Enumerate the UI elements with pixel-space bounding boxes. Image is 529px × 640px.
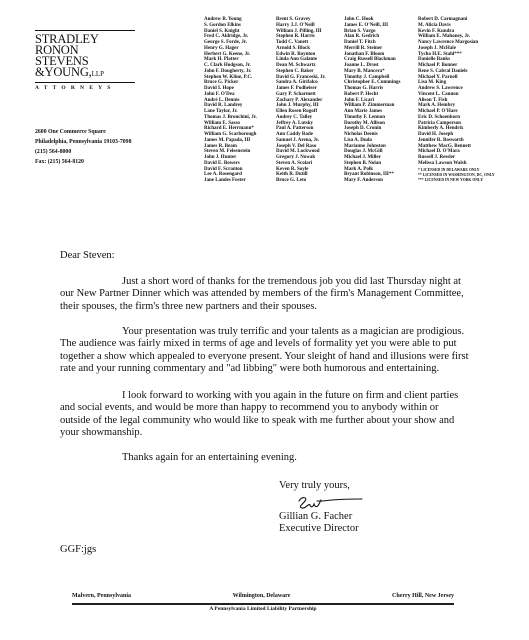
paragraph-text: Your presentation was truly terrific and…: [60, 326, 469, 374]
list-item: Mary F. Anderson: [344, 178, 400, 184]
footer-offices: Malvern, Pennsylvania Wilmington, Delawa…: [72, 593, 454, 599]
list-item: James M. Papada, III: [204, 138, 257, 144]
address-line: 2600 One Commerce Square: [35, 127, 131, 137]
salutation: Dear Steven:: [60, 250, 115, 261]
office-malvern: Malvern, Pennsylvania: [72, 593, 131, 599]
phone-number: (215) 564-8000: [35, 147, 131, 157]
firm-address: 2600 One Commerce Square Philadelphia, P…: [35, 127, 131, 167]
office-wilmington: Wilmington, Delaware: [233, 593, 291, 599]
list-item: Melissa Lawson Walsh: [418, 161, 478, 167]
firm-suffix: LLP: [92, 70, 104, 78]
list-item: Bruce G. Leto: [276, 178, 326, 184]
paragraph-2: Your presentation was truly terrific and…: [60, 326, 470, 375]
signer-block: Gillian G. Facher Executive Director: [279, 511, 359, 536]
reference-initials: GGF:jgs: [60, 544, 96, 555]
list-item: Nancy Lawrence Margosian: [418, 40, 478, 46]
paragraph-3: I look forward to working with you again…: [60, 390, 470, 439]
list-item: Jane Landes Foster: [204, 178, 257, 184]
footer-legal-line: A Pennsylvania Limited Liability Partner…: [72, 606, 454, 612]
license-footnotes: * LICENSED IN DELAWARE ONLY** LICENSED I…: [418, 168, 495, 183]
list-item: William G. Scarborough: [204, 132, 257, 138]
paragraph-text: Just a short word of thanks for the trem…: [60, 276, 464, 312]
signer-title: Executive Director: [279, 523, 359, 535]
paragraph-text: Thanks again for an entertaining evening…: [122, 452, 297, 463]
closing: Very truly yours,: [279, 480, 350, 491]
paragraph-text: I look forward to working with you again…: [60, 390, 458, 438]
firm-logo: STRADLEY RONON STEVENS &YOUNG,LLP ATTORN…: [35, 30, 135, 91]
firm-tagline: ATTORNEYS: [35, 85, 135, 91]
list-item: Thomas J. Bronchini, Jr.: [204, 115, 257, 121]
fax-number: Fax: (215) 564-8120: [35, 157, 131, 167]
list-item: *** LICENSED IN NEW YORK ONLY: [418, 178, 495, 183]
signer-name: Gillian G. Facher: [279, 511, 359, 523]
logo-bottom-rule: [35, 82, 135, 83]
logo-top-rule: [35, 30, 135, 31]
firm-name: STRADLEY RONON STEVENS &YOUNG,LLP: [35, 34, 135, 80]
paragraph-4: Thanks again for an entertaining evening…: [60, 452, 470, 464]
paragraph-1: Just a short word of thanks for the trem…: [60, 276, 470, 313]
list-item: C. Clark Hodgson, Jr.: [204, 63, 257, 69]
partner-column-3: John C. HookJames E. O'Neill, IIIBrian S…: [344, 17, 400, 184]
partner-column-4: Robert D. CarmagnaniM. Alicia DavisKevin…: [418, 17, 478, 167]
partner-column-2: Brent S. GraveyHarry J.J. O'NeillWilliam…: [276, 17, 326, 184]
list-item: Samuel J. Arena, Jr.: [276, 138, 326, 144]
address-line: Philadelphia, Pennsylvania 19103-7098: [35, 137, 131, 147]
partner-column-1: Andrew B. YoungS. Gordon ElkinsDaniel S.…: [204, 17, 257, 184]
footer-rule: [72, 603, 454, 605]
firm-name-line: &YOUNG,: [35, 65, 92, 79]
office-cherry-hill: Cherry Hill, New Jersey: [392, 593, 454, 599]
list-item: John F. Dougherty, Jr.: [204, 69, 257, 75]
